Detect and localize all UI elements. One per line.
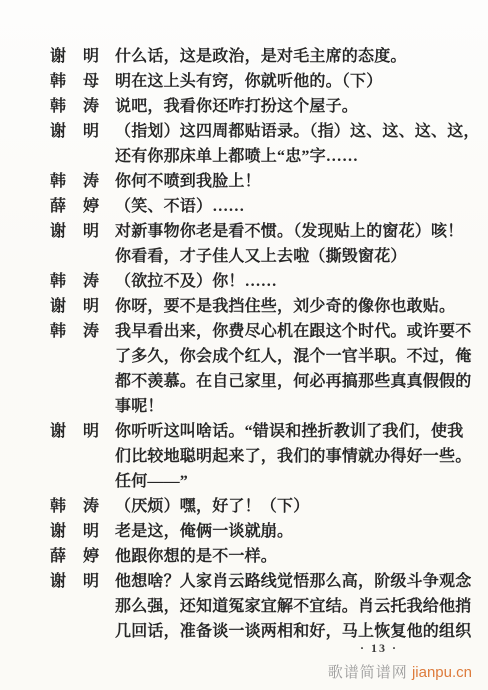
speaker-name: 谢 明 [50, 219, 115, 244]
speaker-name: 谢 明 [50, 519, 115, 544]
dialogue-text: 你听听这叫啥话。“错误和挫折教训了我们，使我 [115, 419, 472, 444]
script-line: 韩 涛 你何不喷到我脸上！ [50, 169, 472, 194]
script-line: 事呢！ [50, 394, 472, 419]
dialogue-text: 他跟你想的是不一样。 [115, 544, 472, 569]
watermark-site-name: 歌谱简谱网 [328, 664, 408, 681]
watermark: 歌谱简谱网 jianpu.cn [328, 661, 472, 682]
speaker-name: 谢 明 [50, 569, 115, 594]
script-lines: 谢 明 什么话，这是政治，是对毛主席的态度。 韩 母 明在这上头有窍，你就听他的… [50, 44, 472, 644]
script-line: 薛 婷 （笑、不语）…… [50, 194, 472, 219]
dialogue-text: （欲拉不及）你！…… [115, 269, 472, 294]
dialogue-text: 你呀，要不是我挡住些，刘少奇的像你也敢贴。 [115, 294, 472, 319]
script-line: 薛 婷 他跟你想的是不一样。 [50, 544, 472, 569]
speaker-name: 谢 明 [50, 44, 115, 69]
script-line: 韩 涛 （厌烦）嘿，好了！（下） [50, 494, 472, 519]
dialogue-text: 说吧，我看你还咋打扮这个屋子。 [115, 94, 472, 119]
speaker-name: 韩 涛 [50, 319, 115, 344]
dialogue-text: 那么强，还知道冤家宜解不宜结。肖云托我给他捎 [115, 594, 472, 619]
dialogue-text: 老是这，俺俩一谈就崩。 [115, 519, 472, 544]
dialogue-text: （笑、不语）…… [115, 194, 472, 219]
dialogue-text: 明在这上头有窍，你就听他的。（下） [115, 69, 472, 94]
dialogue-text: 了多久，你会成个红人，混个一官半职。不过，俺 [115, 344, 472, 369]
script-line: 谢 明 对新事物你老是看不惯。（发现贴上的窗花）咳！ [50, 219, 472, 244]
speaker-name: 谢 明 [50, 294, 115, 319]
script-line: 谢 明 （指划）这四周都贴语录。（指）这、这、这、这， [50, 119, 472, 144]
dialogue-text: 几回话，准备谈一谈两相和好，马上恢复他的组织 [115, 619, 472, 644]
speaker-name: 韩 涛 [50, 494, 115, 519]
script-line: 还有你那床单上都喷上“忠”字…… [50, 144, 472, 169]
script-line: 谢 明 老是这，俺俩一谈就崩。 [50, 519, 472, 544]
dialogue-text: （指划）这四周都贴语录。（指）这、这、这、这， [115, 119, 480, 144]
scanned-page: 谢 明 什么话，这是政治，是对毛主席的态度。 韩 母 明在这上头有窍，你就听他的… [0, 0, 488, 690]
dialogue-text: 他想啥？人家肖云路线觉悟那么高，阶级斗争观念 [115, 569, 472, 594]
speaker-name: 薛 婷 [50, 544, 115, 569]
dialogue-text: 什么话，这是政治，是对毛主席的态度。 [115, 44, 472, 69]
script-line: 韩 母 明在这上头有窍，你就听他的。（下） [50, 69, 472, 94]
dialogue-text: 事呢！ [115, 394, 472, 419]
dialogue-text: 对新事物你老是看不惯。（发现贴上的窗花）咳！ [115, 219, 472, 244]
script-line: 了多久，你会成个红人，混个一官半职。不过，俺 [50, 344, 472, 369]
script-line: 谢 明 你听听这叫啥话。“错误和挫折教训了我们，使我 [50, 419, 472, 444]
speaker-name: 韩 涛 [50, 269, 115, 294]
dialogue-text: 都不羡慕。在自己家里，何必再搞那些真真假假的 [115, 369, 472, 394]
script-line: 们比较地聪明起来了，我们的事情就办得好一些。 [50, 444, 472, 469]
script-line: 谢 明 什么话，这是政治，是对毛主席的态度。 [50, 44, 472, 69]
script-line: 几回话，准备谈一谈两相和好，马上恢复他的组织 [50, 619, 472, 644]
page-number: · 13 · [360, 641, 398, 656]
script-line: 韩 涛 说吧，我看你还咋打扮这个屋子。 [50, 94, 472, 119]
watermark-site-url: jianpu.cn [412, 664, 472, 681]
script-line: 谢 明 他想啥？人家肖云路线觉悟那么高，阶级斗争观念 [50, 569, 472, 594]
script-line: 韩 涛 我早看出来，你费尽心机在跟这个时代。或许要不 [50, 319, 472, 344]
dialogue-text: 你何不喷到我脸上！ [115, 169, 472, 194]
script-line: 都不羡慕。在自己家里，何必再搞那些真真假假的 [50, 369, 472, 394]
speaker-name: 韩 母 [50, 69, 115, 94]
speaker-name: 韩 涛 [50, 169, 115, 194]
dialogue-text: 们比较地聪明起来了，我们的事情就办得好一些。 [115, 444, 472, 469]
dialogue-text: 我早看出来，你费尽心机在跟这个时代。或许要不 [115, 319, 472, 344]
script-line: 那么强，还知道冤家宜解不宜结。肖云托我给他捎 [50, 594, 472, 619]
speaker-name: 韩 涛 [50, 94, 115, 119]
script-line: 谢 明 你呀，要不是我挡住些，刘少奇的像你也敢贴。 [50, 294, 472, 319]
script-line: 任何——” [50, 469, 472, 494]
dialogue-text: 还有你那床单上都喷上“忠”字…… [115, 144, 472, 169]
dialogue-text: （厌烦）嘿，好了！（下） [115, 494, 472, 519]
script-line: 韩 涛 （欲拉不及）你！…… [50, 269, 472, 294]
dialogue-text: 任何——” [115, 469, 472, 494]
speaker-name: 谢 明 [50, 119, 115, 144]
speaker-name: 谢 明 [50, 419, 115, 444]
script-line: 你看看，才子佳人又上去啦（撕毁窗花） [50, 244, 472, 269]
dialogue-text: 你看看，才子佳人又上去啦（撕毁窗花） [115, 244, 472, 269]
speaker-name: 薛 婷 [50, 194, 115, 219]
